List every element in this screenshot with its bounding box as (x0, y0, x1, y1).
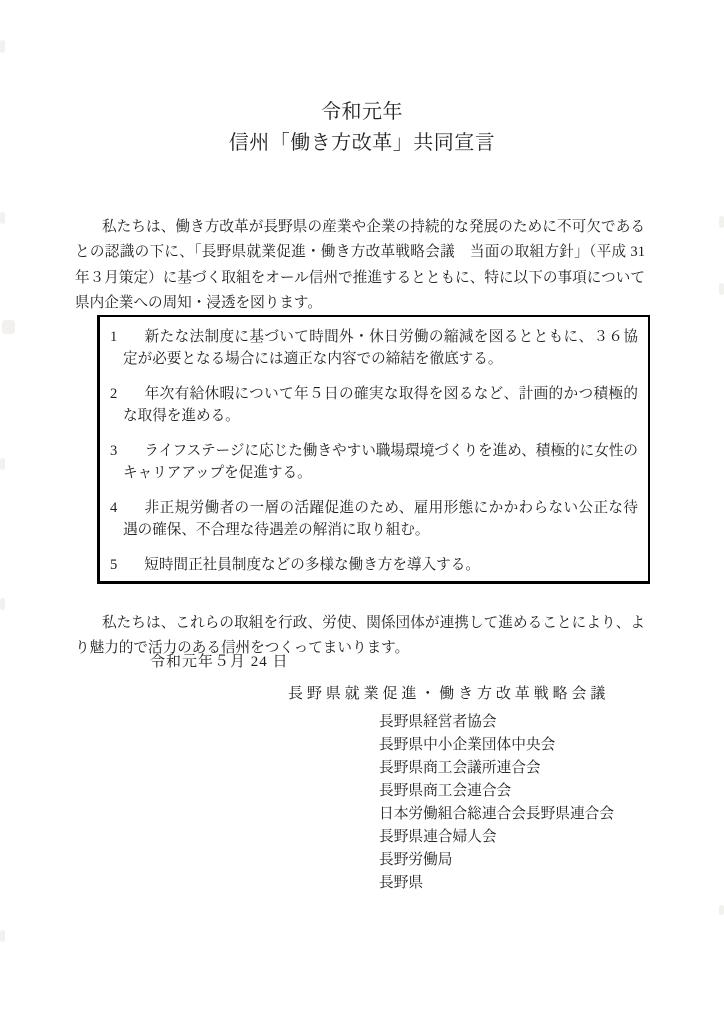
signatory-item: 日本労働組合総連合会長野県連合会 (379, 803, 614, 826)
declaration-item-2: 2年次有給休暇について年５日の確実な取得を図るなど、計画的かつ積極的な取得を進め… (110, 383, 638, 427)
item-text: 年次有給休暇について年５日の確実な取得を図るなど、計画的かつ積極的な取得を進める… (123, 386, 638, 424)
declaration-box: 1新たな法制度に基づいて時間外・休日労働の縮減を図るとともに、３６協定が必要とな… (97, 315, 650, 584)
scan-artifact (0, 458, 5, 470)
signatory-item: 長野労働局 (379, 849, 614, 872)
document-page: 令和元年 信州「働き方改革」共同宣言 私たちは、働き方改革が長野県の産業や企業の… (0, 0, 724, 1024)
council-name: 長野県就業促進・働き方改革戦略会議 (288, 682, 609, 703)
item-number: 5 (110, 557, 117, 573)
signatory-list: 長野県経営者協会 長野県中小企業団体中央会 長野県商工会議所連合会 長野県商工会… (379, 711, 614, 895)
item-text: ライフステージに応じた働きやすい職場環境づくりを進め、積極的に女性のキャリアアッ… (123, 443, 638, 481)
item-number: 4 (110, 500, 117, 516)
item-number: 2 (110, 386, 117, 402)
declaration-item-3: 3ライフステージに応じた働きやすい職場環境づくりを進め、積極的に女性のキャリアア… (110, 440, 638, 484)
item-text: 新たな法制度に基づいて時間外・休日労働の縮減を図るとともに、３６協定が必要となる… (123, 329, 638, 367)
intro-paragraph: 私たちは、働き方改革が長野県の産業や企業の持続的な発展のために不可欠であるとの認… (75, 215, 645, 317)
date-line: 令和元年５月 24 日 (150, 650, 289, 671)
signatory-item: 長野県商工会議所連合会 (379, 757, 614, 780)
signatory-item: 長野県 (379, 872, 614, 895)
item-text: 非正規労働者の一層の活躍促進のため、雇用形態にかかわらない公正な待遇の確保、不合… (123, 500, 638, 538)
scan-artifact (0, 598, 5, 610)
signatory-item: 長野県中小企業団体中央会 (379, 734, 614, 757)
scan-artifact (719, 283, 724, 295)
signatory-item: 長野県商工会連合会 (379, 780, 614, 803)
item-text: 短時間正社員制度などの多様な働き方を導入する。 (144, 557, 480, 573)
item-number: 1 (110, 329, 117, 345)
declaration-item-4: 4非正規労働者の一層の活躍促進のため、雇用形態にかかわらない公正な待遇の確保、不… (110, 497, 638, 541)
signatory-item: 長野県連合婦人会 (379, 826, 614, 849)
scan-artifact (0, 930, 5, 942)
declaration-item-5: 5短時間正社員制度などの多様な働き方を導入する。 (110, 554, 638, 576)
document-title: 令和元年 信州「働き方改革」共同宣言 (0, 97, 724, 159)
title-line-1: 令和元年 (0, 97, 724, 128)
title-line-2: 信州「働き方改革」共同宣言 (0, 128, 724, 159)
signatory-item: 長野県経営者協会 (379, 711, 614, 734)
scan-artifact (2, 320, 15, 334)
scan-artifact (719, 216, 724, 228)
declaration-item-1: 1新たな法制度に基づいて時間外・休日労働の縮減を図るとともに、３６協定が必要とな… (110, 326, 638, 370)
scan-artifact (719, 905, 724, 915)
scan-artifact (0, 40, 5, 53)
item-number: 3 (110, 443, 117, 459)
scan-artifact (0, 212, 5, 224)
